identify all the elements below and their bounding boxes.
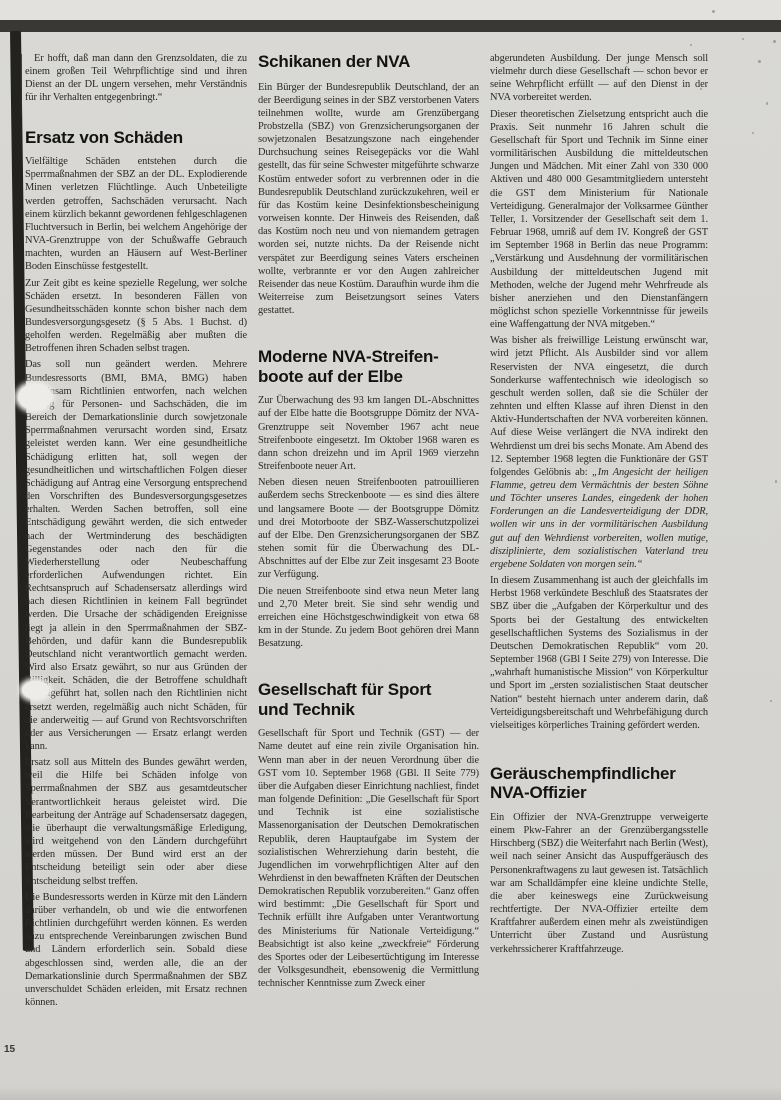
heading-geraeuschempfindlicher-nva-offizier: Geräuschempfindlicher NVA-Offizier <box>490 764 708 803</box>
scan-edge-top <box>0 0 781 20</box>
paragraph-staatsratsbeschluss: In diesem Zusammenhang ist auch der glei… <box>490 574 708 732</box>
paragraph-schikanen: Ein Bürger der Bundesrepublik Deutschlan… <box>258 81 479 318</box>
paragraph-schaeden-5: Die Bundesressorts werden in Kürze mit d… <box>25 891 247 1009</box>
scan-speck <box>752 132 754 134</box>
pledge-intro-text: Was bisher als freiwillige Leistung erwü… <box>490 335 708 478</box>
scan-speck <box>690 44 692 46</box>
paper-damage-spot <box>22 681 49 699</box>
column-right: abgerundeten Ausbildung. Der junge Mensc… <box>490 52 708 959</box>
scan-edge-bottom <box>0 1086 781 1100</box>
column-left: Er hofft, daß man dann den Grenzsoldaten… <box>25 52 247 1012</box>
quote-margin-line <box>20 54 22 116</box>
heading-gst: Gesellschaft für Sport und Technik <box>258 680 479 719</box>
paragraph-gst-praxis: Dieser theoretischen Zielsetzung entspri… <box>490 108 708 332</box>
paragraph-schaeden-3: Das soll nun geändert werden. Mehrere Bu… <box>25 358 247 753</box>
scanned-magazine-page: 15 Er hofft, daß man dann den Grenzsolda… <box>0 0 781 1100</box>
page-number: 15 <box>4 1044 15 1055</box>
pledge-quote-italic: „Im Angesicht der heiligen Flamme, getre… <box>490 467 708 570</box>
top-corner-rule-bar <box>0 20 781 32</box>
scan-speck <box>766 102 768 105</box>
paragraph-streifenboote-2: Neben diesen neuen Streifenbooten patrou… <box>258 476 479 581</box>
paragraph-gst: Gesellschaft für Sport und Technik (GST)… <box>258 727 479 990</box>
scan-speck <box>770 700 772 702</box>
scan-speck <box>712 10 715 13</box>
heading-schikanen-der-nva: Schikanen der NVA <box>258 52 479 72</box>
paragraph-gst-continuation: abgerundeten Ausbildung. Der junge Mensc… <box>490 52 708 105</box>
heading-streifenboote-elbe: Moderne NVA-Streifen- boote auf der Elbe <box>258 347 479 386</box>
column-middle: Schikanen der NVA Ein Bürger der Bundesr… <box>258 52 479 993</box>
scan-speck <box>758 60 761 63</box>
paragraph-geloebnis: Was bisher als freiwillige Leistung erwü… <box>490 334 708 571</box>
paper-damage-spot <box>18 384 52 410</box>
scan-speck <box>742 38 744 40</box>
heading-ersatz-von-schaeden: Ersatz von Schäden <box>25 128 247 148</box>
paragraph-schaeden-1: Vielfältige Schäden entstehen durch die … <box>25 155 247 273</box>
paragraph-schaeden-2: Zur Zeit gibt es keine spezielle Regelun… <box>25 277 247 356</box>
paragraph-nva-offizier: Ein Offizier der NVA-Grenztruppe verweig… <box>490 811 708 956</box>
paragraph-streifenboote-1: Zur Überwachung des 93 km langen DL-Absc… <box>258 394 479 473</box>
paragraph-schaeden-4: Ersatz soll aus Mitteln des Bundes gewäh… <box>25 756 247 888</box>
paragraph-streifenboote-3: Die neuen Streifenboote sind etwa neun M… <box>258 585 479 651</box>
scan-speck <box>775 480 777 483</box>
paragraph-quote-continuation: Er hofft, daß man dann den Grenzsoldaten… <box>25 52 247 105</box>
scan-speck <box>773 40 776 43</box>
